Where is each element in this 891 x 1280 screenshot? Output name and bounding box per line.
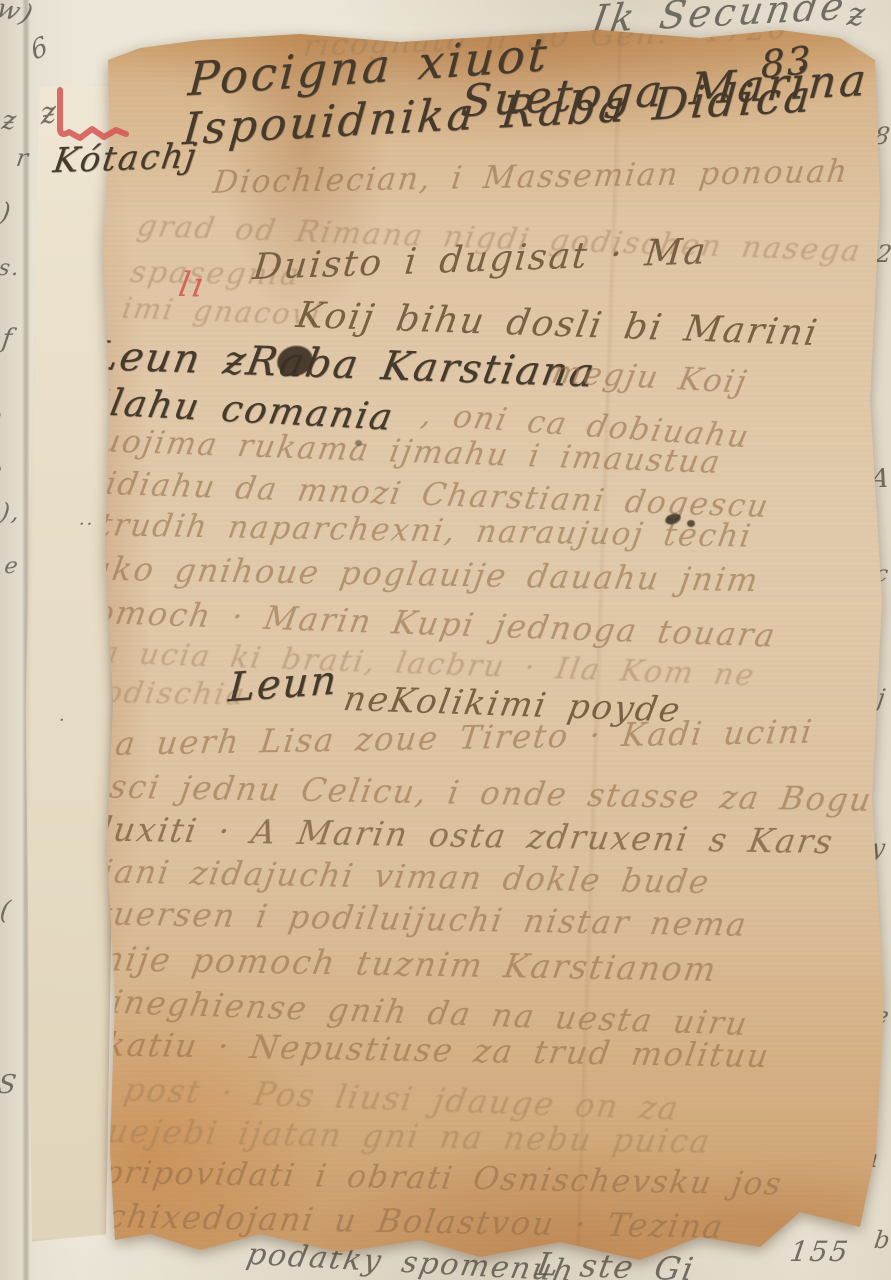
annotation-layer: Kótachj ƶlı··· xyxy=(0,0,891,1280)
overlay-lines-text: ƶ xyxy=(40,97,59,130)
red-check-mark-icon xyxy=(50,84,134,144)
manuscript-page-photo: Ik Secunde w)ƶ6ƶr)s.f1215),e(S82Acjyehpo… xyxy=(0,0,891,1280)
margin-annotation: Kótachj xyxy=(51,139,200,178)
overlay-lines-text: · xyxy=(57,712,67,730)
overlay-lines-text: lı xyxy=(176,268,208,303)
red-check-mark-path xyxy=(60,90,126,138)
overlay-lines-text: ·· xyxy=(77,516,95,534)
